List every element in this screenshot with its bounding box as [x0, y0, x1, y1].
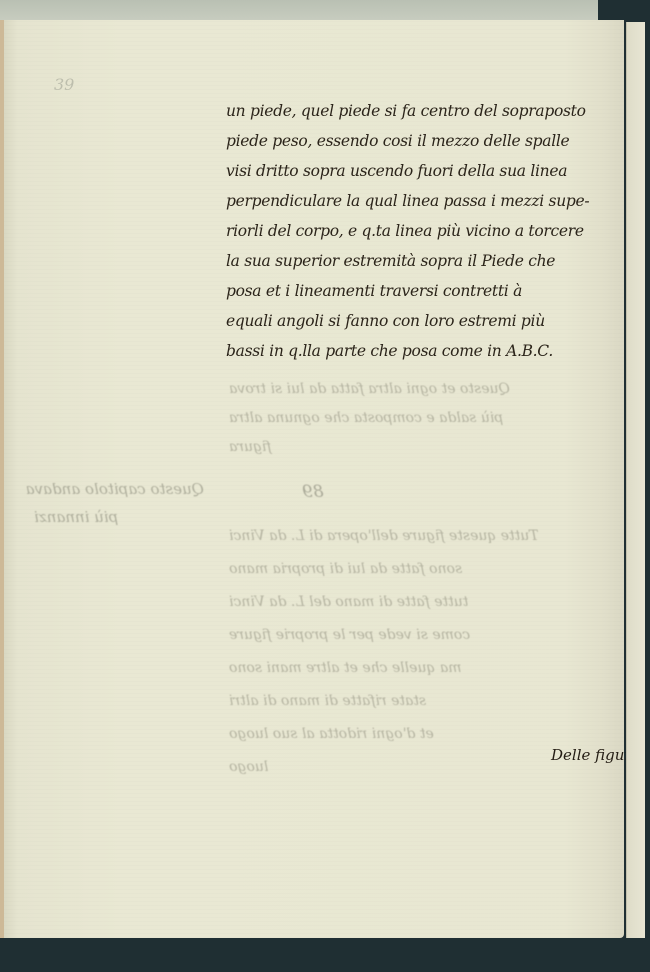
- bleed-line: state rifatte di mano di altri: [229, 685, 624, 718]
- bleed-line: Questo et ogni altra fatta da lui si tro…: [229, 375, 624, 404]
- bleed-line: figura: [229, 433, 624, 462]
- bleed-line: più salda e composta che ognuna altra: [229, 404, 624, 433]
- text-line: bassi in q.lla parte che posa come in A.…: [226, 336, 626, 366]
- bleed-through-upper: Questo et ogni altra fatta da lui si tro…: [229, 375, 624, 462]
- scan-background: [0, 938, 650, 972]
- folio-number: 39: [54, 75, 74, 94]
- margin-note-line: Questo capitolo andava: [34, 475, 204, 503]
- bleed-through-lower: Tutte queste figure dell'opera di L. da …: [229, 520, 624, 784]
- text-line: visi dritto sopra uscendo fuori della su…: [226, 156, 626, 186]
- section-number: 89: [302, 482, 324, 502]
- text-line: riorli del corpo, e q.ta linea più vicin…: [226, 216, 626, 246]
- previous-leaf-edge: [0, 0, 598, 22]
- margin-note-bleed: Questo capitolo andava più innanzi: [34, 475, 204, 531]
- text-line: posa et i lineamenti traversi contretti …: [226, 276, 626, 306]
- text-line: equali angoli si fanno con loro estremi …: [226, 306, 626, 336]
- manuscript-page: 39 un piede, quel piede si fa centro del…: [0, 20, 624, 938]
- bleed-line: ma quelle che et altre mani sono: [229, 652, 624, 685]
- bleed-line: tutte fatte di mano del L. da Vinci: [229, 586, 624, 619]
- text-line: perpendiculare la qual linea passa i mez…: [226, 186, 626, 216]
- text-line: la sua superior estremità sopra il Piede…: [226, 246, 626, 276]
- bleed-line: Tutte queste figure dell'opera di L. da …: [229, 520, 624, 553]
- main-text-block: un piede, quel piede si fa centro del so…: [226, 96, 626, 366]
- bleed-line: come si vede per le proprie figure: [229, 619, 624, 652]
- text-line: un piede, quel piede si fa centro del so…: [226, 96, 626, 126]
- next-leaf-edge: [626, 22, 645, 940]
- margin-note-line: più innanzi: [34, 503, 204, 531]
- bleed-line: sono fatte da lui di propria mano: [229, 553, 624, 586]
- text-line: piede peso, essendo cosi il mezzo delle …: [226, 126, 626, 156]
